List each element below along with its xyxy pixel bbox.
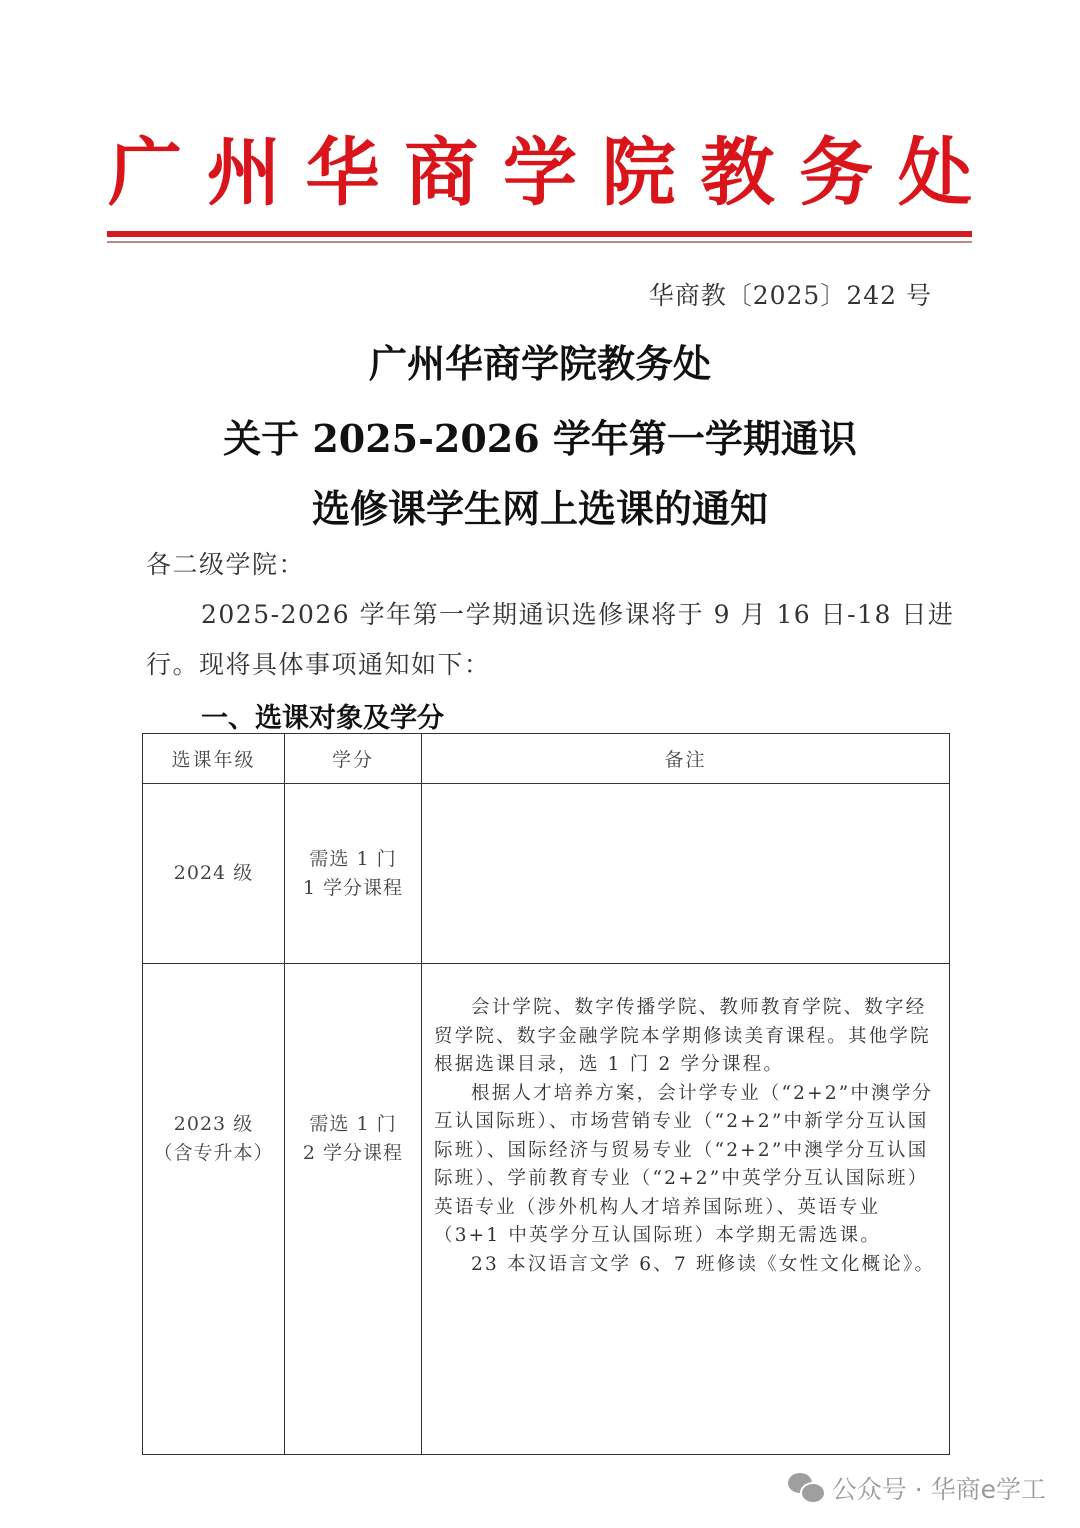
notes-cell [422,784,950,964]
header-grade: 选课年级 [143,734,285,784]
masthead-title: 广 州 华 商 学 院 教 务 处 [108,128,972,218]
intro-paragraph-line2: 行。现将具体事项通知如下： [146,645,491,681]
grade-cell: 2024 级 [143,784,285,964]
table-row: 2023 级 （含专升本） 需选 1 门 2 学分课程 会计学院、数字传播学院、… [143,964,950,1455]
masthead-char: 商 [404,136,478,210]
notes-cell: 会计学院、数字传播学院、教师教育学院、数字经贸学院、数字金融学院本学期修读美育课… [422,964,950,1455]
grade-cell: 2023 级 （含专升本） [143,964,285,1455]
grade-text: 2024 级 [143,859,284,888]
masthead-char: 教 [701,136,775,210]
note-paragraph: 23 本汉语言文学 6、7 班修读《女性文化概论》。 [434,1251,939,1280]
masthead-rule-thin [107,241,972,243]
notice-title-line2: 关于 2025-2026 学年第一学期通识 [0,408,1080,463]
masthead-rule-thick [107,231,972,237]
masthead-char: 院 [602,136,676,210]
wechat-icon [788,1473,824,1503]
document-number: 华商教〔2025〕242 号 [649,276,932,312]
course-credits-table: 选课年级 学分 备注 2024 级 需选 1 门 1 学分课程 2023 级 （… [142,733,950,1455]
header-credits: 学分 [285,734,422,784]
masthead-char: 学 [503,136,577,210]
masthead-char: 务 [799,136,873,210]
grade-text: 2023 级 [143,1110,284,1139]
notice-title-line3: 选修课学生网上选课的通知 [0,478,1080,533]
credits-text: 2 学分课程 [285,1139,421,1168]
credits-cell: 需选 1 门 1 学分课程 [285,784,422,964]
credits-text: 需选 1 门 [285,1110,421,1139]
masthead-char: 广 [108,136,182,210]
intro-paragraph-line1: 2025-2026 学年第一学期通识选修课将于 9 月 16 日-18 日进 [201,595,954,631]
masthead-char: 处 [898,136,972,210]
credits-text: 1 学分课程 [285,874,421,903]
table-header-row: 选课年级 学分 备注 [143,734,950,784]
note-paragraph: 会计学院、数字传播学院、教师教育学院、数字经贸学院、数字金融学院本学期修读美育课… [434,994,939,1080]
credits-text: 需选 1 门 [285,845,421,874]
table-row: 2024 级 需选 1 门 1 学分课程 [143,784,950,964]
masthead-char: 州 [207,136,281,210]
section-heading: 一、选课对象及学分 [201,696,444,735]
watermark-text: 公众号 · 华商e学工 [832,1470,1046,1506]
watermark: 公众号 · 华商e学工 [788,1470,1046,1506]
note-paragraph: 根据人才培养方案，会计学专业（“2+2”中澳学分互认国际班）、市场营销专业（“2… [434,1080,939,1251]
credits-cell: 需选 1 门 2 学分课程 [285,964,422,1455]
grade-text: （含专升本） [143,1139,284,1168]
salutation: 各二级学院： [146,545,305,581]
notice-title-line1: 广州华商学院教务处 [0,333,1080,388]
header-notes: 备注 [422,734,950,784]
masthead-char: 华 [306,136,380,210]
